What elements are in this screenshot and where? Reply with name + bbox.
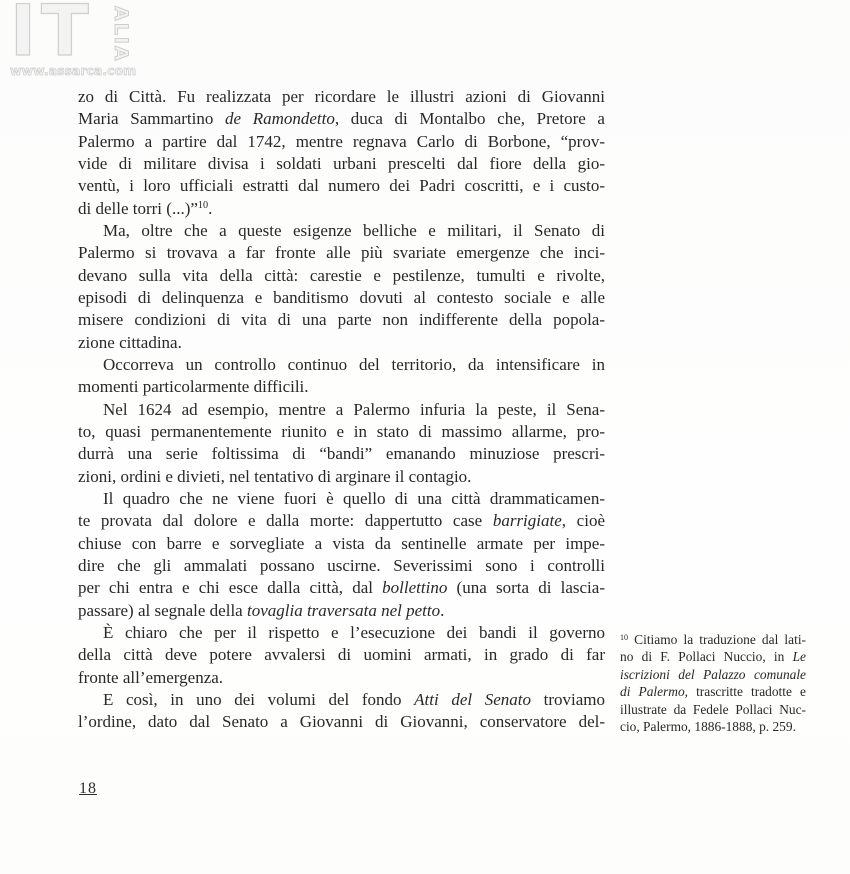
text-run: di delle torri (...)”: [78, 199, 198, 218]
footnote-ref: 10: [198, 200, 208, 211]
text-run: È chiaro che per il rispetto e l’esecuzi…: [103, 623, 605, 642]
text-run: cio, Palermo, 1886-1888, p. 259.: [620, 719, 796, 734]
watermark-it-icon: IT: [10, 0, 94, 66]
text-run: misere condizioni di vita di una parte n…: [78, 310, 605, 329]
footnote-ref: 10: [620, 633, 628, 642]
text-run: (una sorta di lascia-: [447, 578, 605, 597]
text-run: Occorreva un controllo continuo del terr…: [103, 355, 605, 374]
book-page: IT ALIA www.assarca.com zo di Città. Fu …: [0, 0, 850, 874]
text-line: Palermo a partire dal 1742, mentre regna…: [78, 131, 605, 153]
text-line: dire che gli ammalati possano uscirne. S…: [78, 555, 605, 577]
text-run: barrigiate: [493, 511, 562, 530]
text-run: Citiamo la traduzione dal lati-: [628, 632, 806, 647]
text-line: passare) al segnale della tovaglia trave…: [78, 600, 605, 622]
text-line: zione cittadina.: [78, 332, 605, 354]
text-run: fronte all’emergenza.: [78, 668, 223, 687]
paragraph: zo di Città. Fu realizzata per ricordare…: [78, 86, 605, 220]
text-run: .: [440, 601, 444, 620]
text-line: misere condizioni di vita di una parte n…: [78, 309, 605, 331]
text-line: vide di militare divisa i soldati urbani…: [78, 153, 605, 175]
text-line: della città deve potere avvalersi di uom…: [78, 644, 605, 666]
text-run: dire che gli ammalati possano uscirne. S…: [78, 556, 605, 575]
text-line: l’ordine, dato dal Senato a Giovanni di …: [78, 711, 605, 733]
text-run: zo di Città. Fu realizzata per ricordare…: [78, 87, 605, 106]
text-line: zioni, ordini e divieti, nel tentativo d…: [78, 466, 605, 488]
paragraph: Ma, oltre che a queste esigenze belliche…: [78, 220, 605, 354]
text-line: to, quasi permanentemente riunito e in s…: [78, 421, 605, 443]
paragraph: È chiaro che per il rispetto e l’esecuzi…: [78, 622, 605, 689]
text-run: vide di militare divisa i soldati urbani…: [78, 154, 605, 173]
text-line: per chi entra e chi esce dalla città, da…: [78, 577, 605, 599]
text-line: zo di Città. Fu realizzata per ricordare…: [78, 86, 605, 108]
main-text-column: zo di Città. Fu realizzata per ricordare…: [78, 86, 605, 734]
text-run: .: [208, 199, 212, 218]
text-line: episodi di delinquenza e banditismo dovu…: [78, 287, 605, 309]
text-run: iscrizioni del Palazzo comunale: [620, 667, 806, 682]
text-run: ventù, i loro ufficiali estratti dal num…: [78, 176, 605, 195]
text-run: della città deve potere avvalersi di uom…: [78, 645, 605, 664]
text-line: Maria Sammartino de Ramondetto, duca di …: [78, 108, 605, 130]
text-line: Palermo si trovava a far fronte alle più…: [78, 242, 605, 264]
text-line: Nel 1624 ad esempio, mentre a Palermo in…: [78, 399, 605, 421]
text-line: È chiaro che per il rispetto e l’esecuzi…: [78, 622, 605, 644]
footnote-column: 10 Citiamo la traduzione dal lati-no di …: [620, 631, 806, 736]
text-run: E così, in uno dei volumi del fondo: [103, 690, 414, 709]
text-line: di delle torri (...)”10.: [78, 198, 605, 220]
text-run: no di F. Pollaci Nuccio, in: [620, 649, 793, 664]
paragraph: Occorreva un controllo continuo del terr…: [78, 354, 605, 399]
text-run: illustrate da Fedele Pollaci Nuc-: [620, 702, 806, 717]
text-run: to, quasi permanentemente riunito e in s…: [78, 422, 605, 441]
text-run: Palermo a partire dal 1742, mentre regna…: [78, 132, 605, 151]
text-run: di Palermo,: [620, 684, 688, 699]
text-line: E così, in uno dei volumi del fondo Atti…: [78, 689, 605, 711]
text-line: fronte all’emergenza.: [78, 667, 605, 689]
text-run: de Ramondetto: [225, 109, 335, 128]
text-run: , cioè: [562, 511, 605, 530]
text-run: Nel 1624 ad esempio, mentre a Palermo in…: [103, 400, 605, 419]
paragraph: Il quadro che ne viene fuori è quello di…: [78, 488, 605, 622]
text-line: chiuse con barre e sorvegliate a vista d…: [78, 533, 605, 555]
text-line: momenti particolarmente difficili.: [78, 376, 605, 398]
text-run: trascritte tradotte e: [688, 684, 806, 699]
text-line: te provata dal dolore e dalla morte: dap…: [78, 510, 605, 532]
text-run: momenti particolarmente difficili.: [78, 377, 309, 396]
text-line: di Palermo, trascritte tradotte e: [620, 683, 806, 700]
text-line: iscrizioni del Palazzo comunale: [620, 666, 806, 683]
page-number: 18: [79, 780, 97, 798]
text-run: Il quadro che ne viene fuori è quello di…: [103, 489, 605, 508]
text-line: Ma, oltre che a queste esigenze belliche…: [78, 220, 605, 242]
text-run: per chi entra e chi esce dalla città, da…: [78, 578, 382, 597]
text-run: Ma, oltre che a queste esigenze belliche…: [103, 221, 605, 240]
text-run: Le: [793, 649, 806, 664]
text-run: tovaglia traversata nel petto: [247, 601, 440, 620]
text-run: durrà una serie foltissima di “bandi” em…: [78, 444, 605, 463]
text-line: durrà una serie foltissima di “bandi” em…: [78, 443, 605, 465]
text-line: ventù, i loro ufficiali estratti dal num…: [78, 175, 605, 197]
text-line: illustrate da Fedele Pollaci Nuc-: [620, 701, 806, 718]
paragraph: Nel 1624 ad esempio, mentre a Palermo in…: [78, 399, 605, 488]
text-run: Atti del Senato: [414, 690, 531, 709]
text-line: Occorreva un controllo continuo del terr…: [78, 354, 605, 376]
text-run: l’ordine, dato dal Senato a Giovanni di …: [78, 712, 605, 731]
text-run: passare) al segnale della: [78, 601, 247, 620]
text-run: Maria Sammartino: [78, 109, 225, 128]
text-run: chiuse con barre e sorvegliate a vista d…: [78, 534, 605, 553]
text-line: cio, Palermo, 1886-1888, p. 259.: [620, 718, 806, 735]
watermark-logo: IT ALIA www.assarca.com: [10, 2, 155, 86]
text-run: troviamo: [531, 690, 605, 709]
text-run: te provata dal dolore e dalla morte: dap…: [78, 511, 493, 530]
text-line: Il quadro che ne viene fuori è quello di…: [78, 488, 605, 510]
text-run: Palermo si trovava a far fronte alle più…: [78, 243, 605, 262]
text-line: devano sulla vita della città: carestie …: [78, 265, 605, 287]
text-line: no di F. Pollaci Nuccio, in Le: [620, 648, 806, 665]
text-run: , duca di Montalbo che, Pretore a: [335, 109, 605, 128]
text-run: bollettino: [382, 578, 447, 597]
text-run: devano sulla vita della città: carestie …: [78, 266, 605, 285]
text-line: 10 Citiamo la traduzione dal lati-: [620, 631, 806, 648]
watermark-url-text: www.assarca.com: [10, 63, 136, 78]
text-run: episodi di delinquenza e banditismo dovu…: [78, 288, 605, 307]
paragraph: E così, in uno dei volumi del fondo Atti…: [78, 689, 605, 734]
text-run: zioni, ordini e divieti, nel tentativo d…: [78, 467, 471, 486]
text-run: zione cittadina.: [78, 333, 182, 352]
